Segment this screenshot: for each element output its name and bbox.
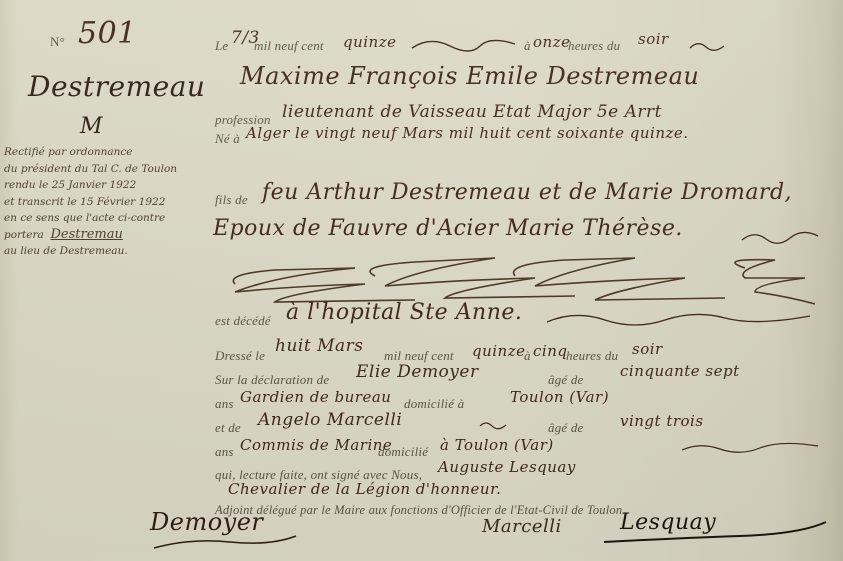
label-sur-la-declaration: Sur la déclaration de [215,372,329,388]
death-year: quinze [343,33,397,51]
annotation-line: au lieu de Destremeau. [4,243,177,260]
label-le: Le [215,38,228,54]
annotation-line: rendu le 25 Janvier 1922 [4,177,177,194]
label-a: à [524,38,531,54]
deceased-name: Maxime François Emile Destremeau [240,62,699,90]
annotation-line: et transcrit le 15 Février 1922 [4,194,177,211]
filler-squiggle [410,34,520,58]
parents-value: feu Arthur Destremeau et de Marie Dromar… [262,180,792,205]
annotation-line: portera Destremau [4,227,177,244]
declarant1-age: cinquante sept [620,362,740,380]
label-mil-neuf-cent: mil neuf cent [254,38,324,54]
annotation-line: en ce sens que l'acte ci-contre [4,210,177,227]
margin-surname: Destremeau [28,70,205,103]
spouse-value: Epoux de Fauvre d'Acier Marie Thérèse. [213,216,683,241]
label-heures-du: heures du [568,38,620,54]
filler-squiggle [545,308,815,330]
profession-value: lieutenant de Vaisseau Etat Major 5e Arr… [282,102,662,122]
signature-middle: Marcelli [482,516,562,537]
label-ans-2: ans [215,444,234,460]
record-number: 501 [78,16,137,51]
declarant1-name: Elie Demoyer [356,362,479,382]
label-heures-du-2: heures du [566,348,618,364]
label-ans: ans [215,396,234,412]
label-est-decede: est décédé [215,313,271,329]
drawn-hour: cinq [533,342,567,360]
sex-marker: M [80,114,103,139]
signature-flourish [150,530,300,554]
declarant1-domicile: Toulon (Var) [510,388,609,406]
declarant2-age: vingt trois [620,412,704,430]
declarant1-occupation: Gardien de bureau [240,388,391,406]
margin-annotation: Rectifié par ordonnance du président du … [4,144,177,260]
birth-value: Alger le vingt neuf Mars mil huit cent s… [246,124,689,142]
officer-name: Auguste Lesquay [438,458,576,476]
label-domicilie: domicilié [378,444,428,460]
death-place-value: à l'hopital Ste Anne. [286,300,522,325]
label-dresse-le: Dressé le [215,348,265,364]
death-period: soir [638,30,669,48]
death-record-page: N° 501 Destremeau M Rectifié par ordonna… [0,0,843,561]
label-et-de: et de [215,420,241,436]
filler-squiggle [688,38,728,54]
annotation-line: Rectifié par ordonnance [4,144,177,161]
corrected-surname: Destremau [50,227,122,242]
label-age-de-2: âgé de [548,420,584,436]
signature-flourish [600,518,830,548]
label-fils-de: fils de [215,192,248,208]
filler-squiggle [478,418,508,432]
drawn-date: huit Mars [275,336,363,356]
filler-squiggle [680,440,820,456]
label-a-2: à [524,348,531,364]
record-number-label: N° [50,34,65,50]
officer-title: Chevalier de la Légion d'honneur. [228,480,501,498]
drawn-period: soir [632,340,663,358]
label-age-de: âgé de [548,372,584,388]
drawn-year: quinze [472,342,526,360]
declarant2-domicile: à Toulon (Var) [440,436,554,454]
declarant2-occupation: Commis de Marine [240,436,392,454]
annotation-line: du président du Tal C. de Toulon [4,161,177,178]
label-domicilie-a: domicilié à [404,396,464,412]
declarant2-name: Angelo Marcelli [258,410,402,430]
death-hour: onze [533,33,570,51]
label-ne-a: Né à [215,131,240,147]
